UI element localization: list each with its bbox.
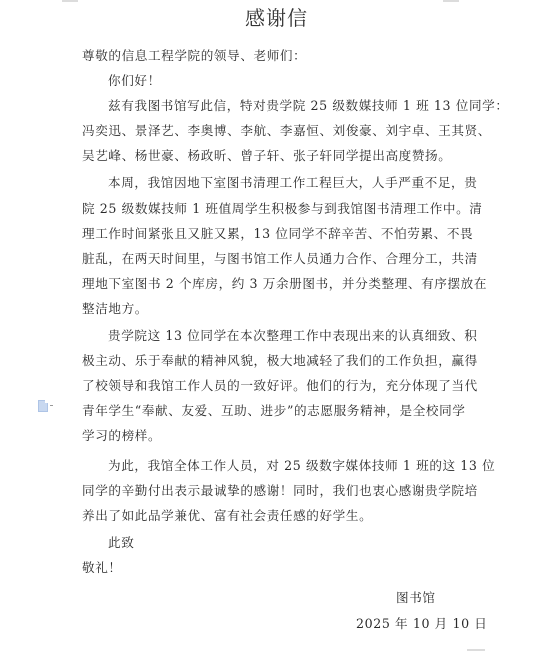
body-line: 兹有我图书馆写此信，特对贵学院 25 级数媒技师 1 班 13 位同学： — [108, 95, 509, 114]
body-line: 冯奕迅、景泽艺、李奥博、李航、李嘉恒、刘俊豪、刘宇卓、王其贤、 — [82, 120, 491, 139]
body-line: 学习的榜样。 — [82, 425, 161, 444]
body-line: 同学的辛勤付出表示最诚挚的感谢！同时，我们也衷心感谢贵学院培 — [82, 480, 478, 499]
body-line: 了校领导和我馆工作人员的一致好评。他们的行为，充分体现了当代 — [82, 375, 478, 394]
body-line: 养出了如此品学兼优、富有社会责任感的好学生。 — [82, 505, 372, 524]
body-line: 整洁地方。 — [82, 298, 148, 317]
body-line: 理工作时间紧张且又脏又累，13 位同学不辞辛苦、不怕劳累、不畏 — [82, 223, 473, 242]
body-line: 本周，我馆因地下室图书清理工作工程巨大，人手严重不足，贵 — [108, 172, 477, 191]
date: 2025 年 10 月 10 日 — [356, 613, 488, 632]
body-line: 极主动、乐于奉献的精神风貌，极大地减轻了我们的工作负担，赢得 — [82, 350, 478, 369]
dropdown-dash-icon[interactable] — [50, 405, 53, 406]
body-line: 吴艺峰、杨世豪、杨政昕、曾子轩、张子轩同学提出高度赞扬。 — [82, 145, 451, 164]
body-line: 理地下室图书 2 个库房，约 3 万余册图书，并分类整理、有序摆放在 — [82, 273, 487, 292]
body-line: 青年学生“奉献、友爱、互助、进步”的志愿服务精神，是全校同学 — [82, 400, 466, 419]
paragraph-document-icon[interactable] — [38, 400, 48, 412]
body-line: 敬礼！ — [82, 557, 122, 576]
salutation: 尊敬的信息工程学院的领导、老师们： — [82, 45, 306, 64]
signature: 图书馆 — [396, 587, 436, 606]
body-line: 为此，我馆全体工作人员，对 25 级数字媒体技师 1 班的这 13 位 — [108, 455, 495, 474]
body-line: 此致 — [108, 532, 134, 551]
body-line: 脏乱，在两天时间里，与图书馆工作人员通力合作、合理分工，共清 — [82, 248, 478, 267]
body-line: 贵学院这 13 位同学在本次整理工作中表现出来的认真细致、积 — [108, 325, 477, 344]
document-title: 感谢信 — [0, 2, 553, 31]
body-line: 院 25 级数媒技师 1 班值周学生积极参与到我馆图书清理工作中。清 — [82, 198, 482, 217]
greeting: 你们好！ — [108, 70, 161, 89]
